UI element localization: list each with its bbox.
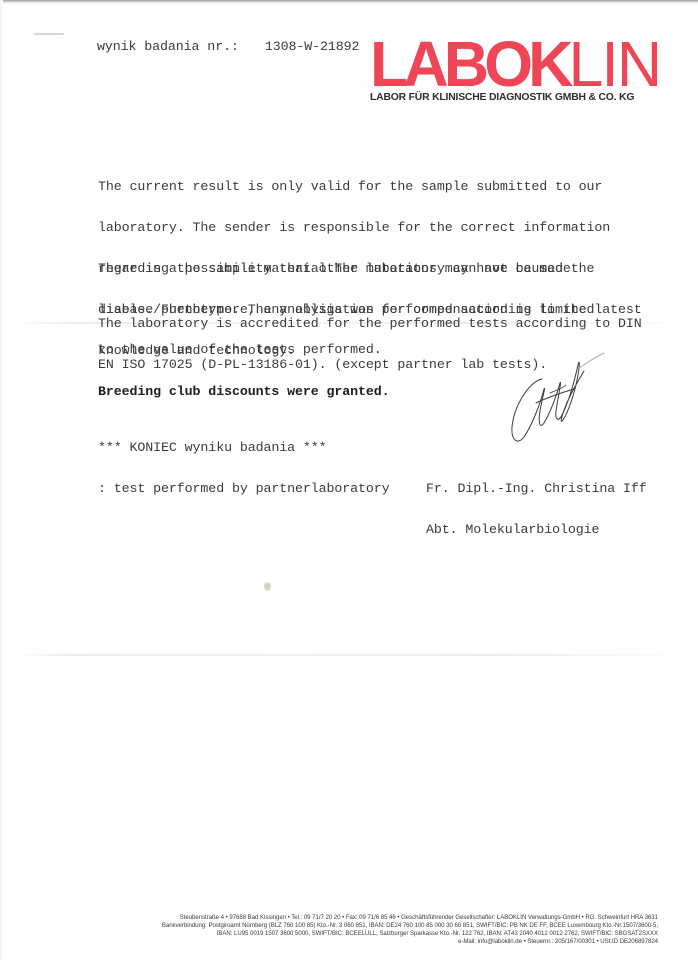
logo-wordmark-bold: LABOK: [370, 28, 568, 100]
signatory-name: Fr. Dipl.-Ing. Christina Iff: [426, 482, 647, 496]
report-number-label: wynik badania nr.:: [97, 39, 239, 54]
report-number-value: 1308-W-21892: [265, 39, 360, 54]
scan-edge-top: [0, 0, 698, 4]
footer-line: e-Mail: info@laboklin.de • Steuernr.: 20…: [96, 938, 658, 946]
report-number-line: wynik badania nr.:1308-W-21892: [97, 40, 359, 54]
signature-icon: [500, 345, 610, 450]
signatory-block: Fr. Dipl.-Ing. Christina Iff Abt. Moleku…: [426, 455, 647, 564]
footer-line: Bankverbindung: Postgiroamt Nürnberg (BL…: [96, 922, 658, 930]
scan-speck: [264, 582, 271, 591]
text-line: There is a possibility that other mutati…: [98, 262, 642, 276]
laboklin-logo: LABOKLIN LABOR FÜR KLINISCHE DIAGNOSTIK …: [370, 38, 665, 103]
logo-wordmark-light: LIN: [568, 28, 660, 100]
lab-report-page: wynik badania nr.:1308-W-21892 LABOKLIN …: [0, 0, 698, 960]
text-line: laboratory. The sender is responsible fo…: [98, 221, 610, 235]
discount-note: Breeding club discounts were granted.: [98, 385, 390, 399]
text-line: The laboratory is accredited for the per…: [98, 317, 642, 331]
text-line: The current result is only valid for the…: [98, 180, 610, 194]
signatory-department: Abt. Molekularbiologie: [426, 523, 647, 537]
scan-smudge: [34, 33, 64, 35]
footer-line: IBAN: LU95 0019 1507 3600 5000, SWIFT/BI…: [96, 930, 658, 938]
partner-lab-footnote: : test performed by partnerlaboratory: [98, 482, 390, 496]
logo-wordmark: LABOKLIN: [370, 38, 659, 90]
scan-edge-left: [0, 0, 3, 960]
footer-line: Steubenstraße 4 • 97688 Bad Kissingen • …: [96, 914, 658, 922]
company-footer: Steubenstraße 4 • 97688 Bad Kissingen • …: [96, 914, 658, 946]
paper-fold-line: [15, 654, 695, 656]
end-of-report-marker: *** KONIEC wyniku badania ***: [98, 441, 327, 455]
